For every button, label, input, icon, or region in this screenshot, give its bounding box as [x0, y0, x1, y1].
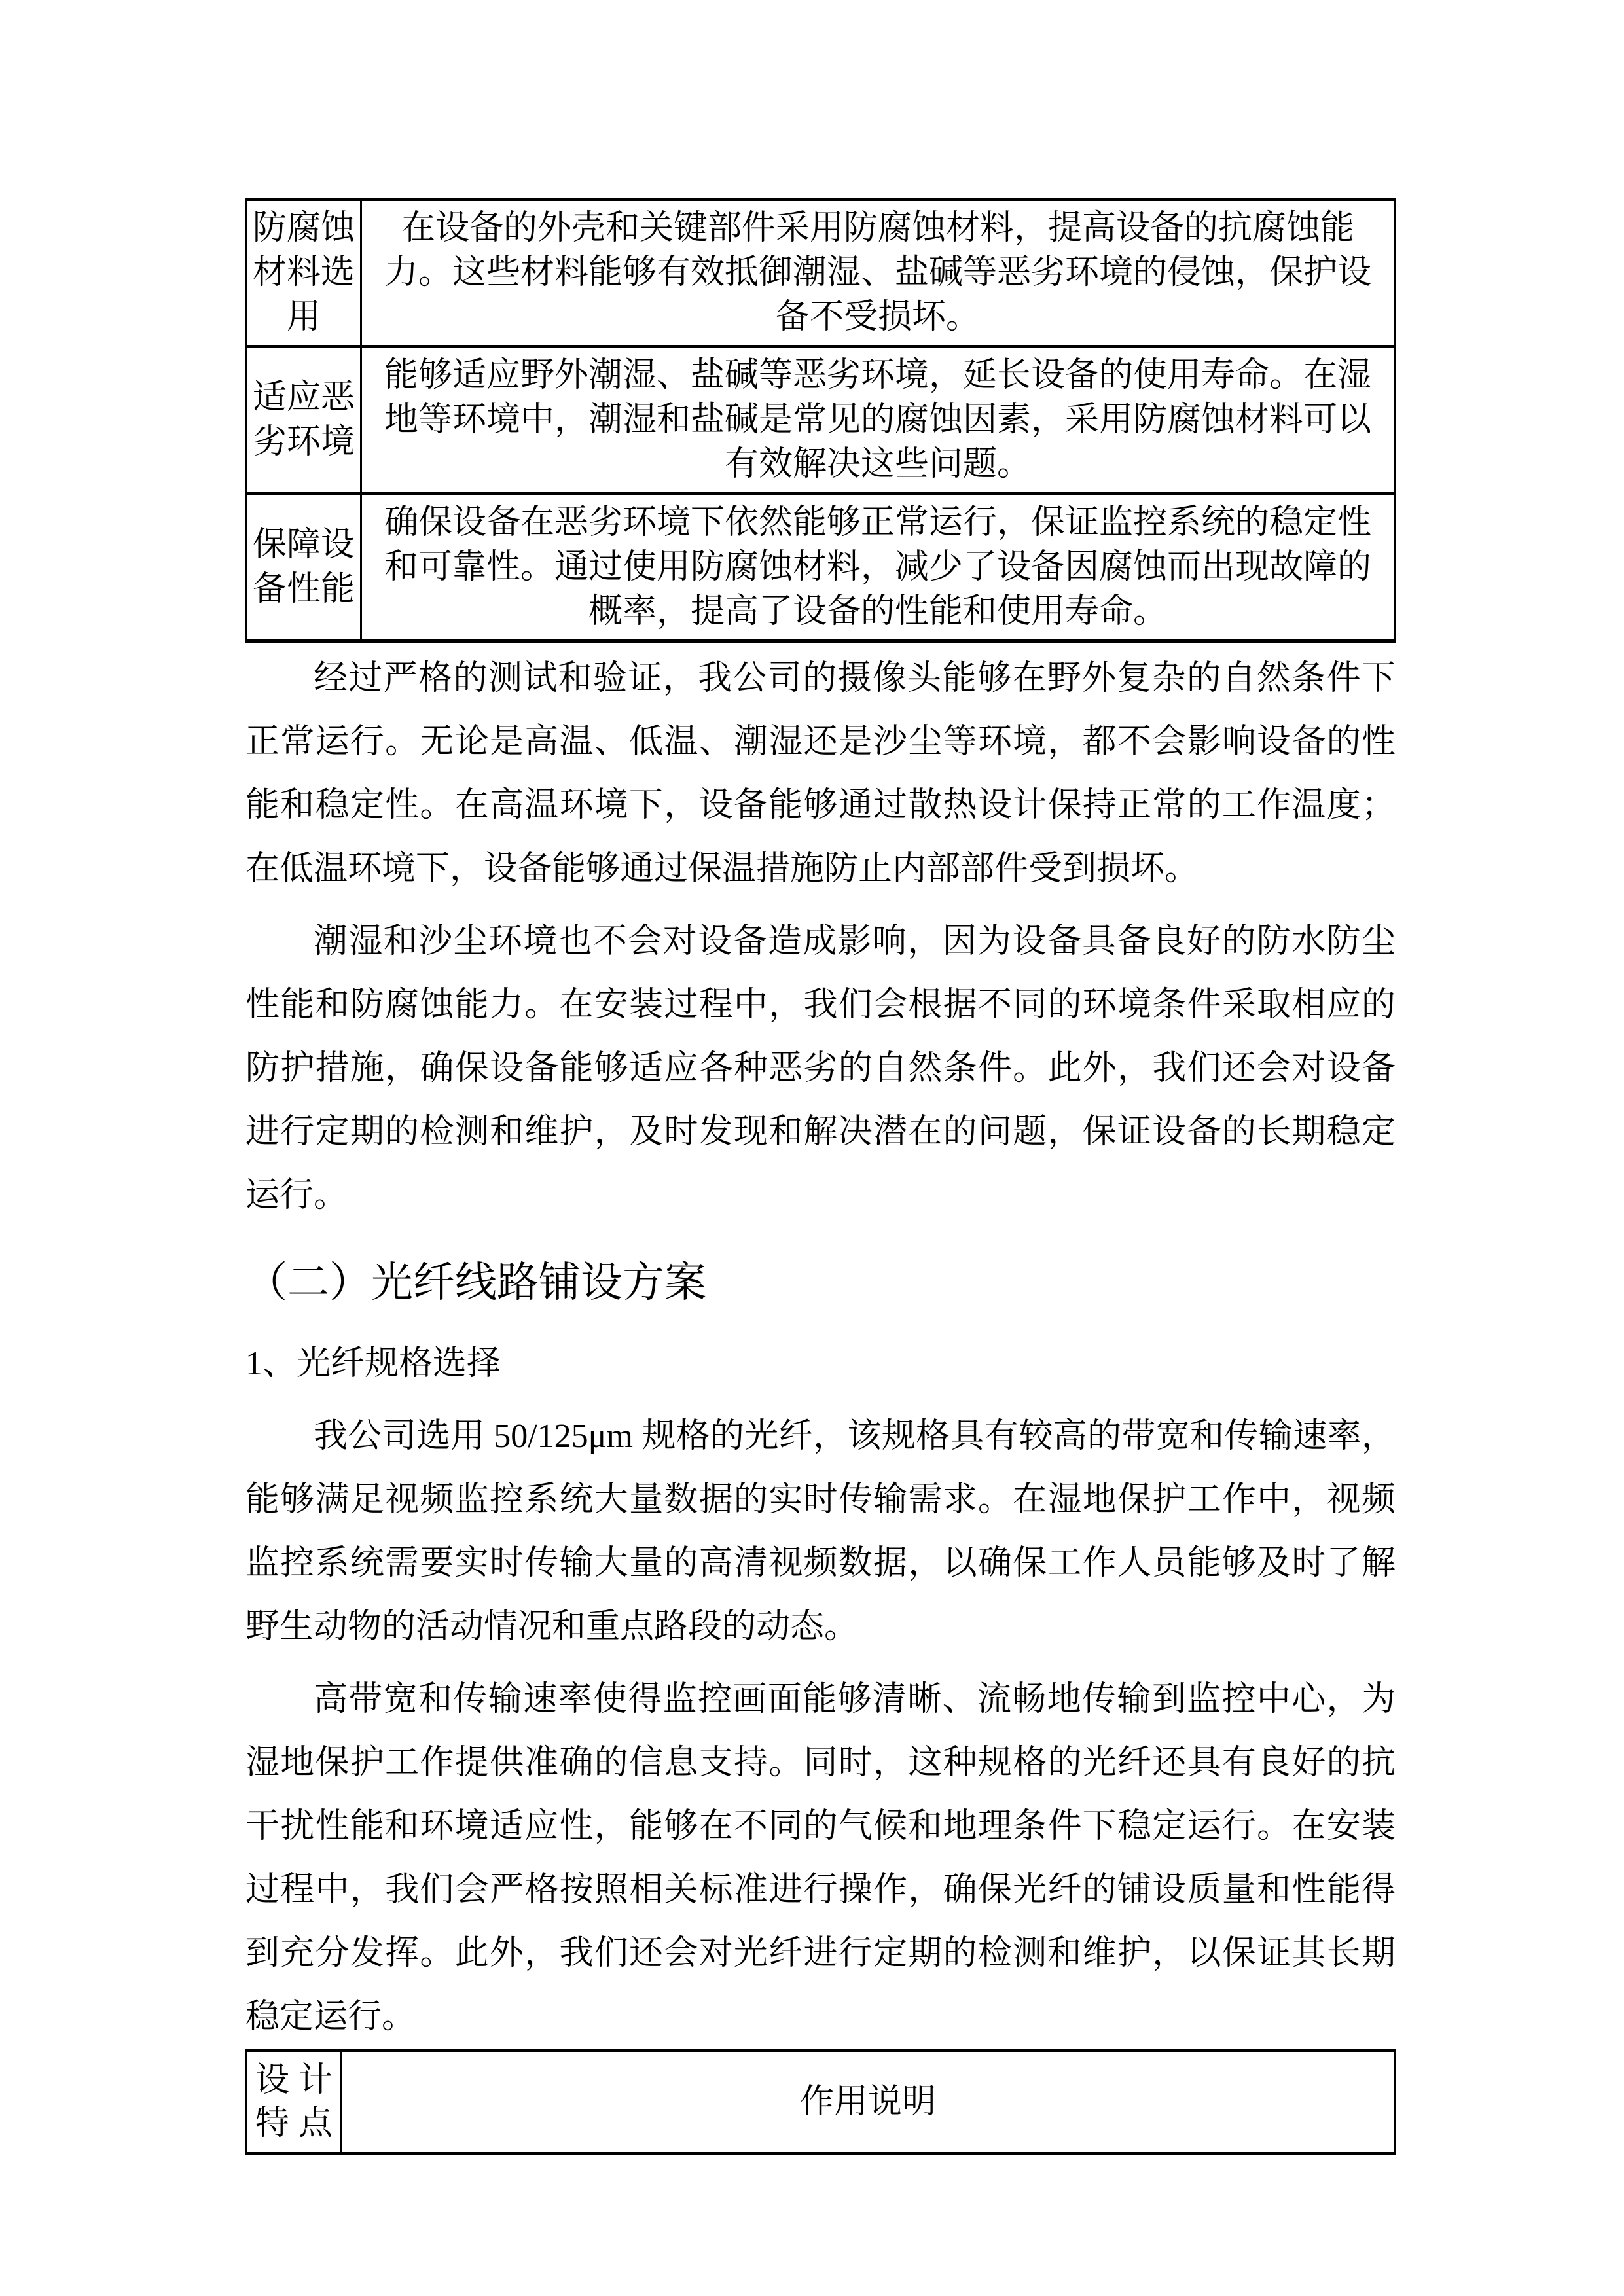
corrosion-protection-table: 防腐蚀材料选用 在设备的外壳和关键部件采用防腐蚀材料，提高设备的抗腐蚀能力。这些…: [245, 198, 1396, 643]
feature-cell: 保障设备性能: [247, 494, 361, 641]
table-row: 保障设备性能 确保设备在恶劣环境下依然能够正常运行，保证监控系统的稳定性和可靠性…: [247, 494, 1395, 641]
table-header-row: 设计特点 作用说明: [247, 2051, 1395, 2154]
description-cell: 确保设备在恶劣环境下依然能够正常运行，保证监控系统的稳定性和可靠性。通过使用防腐…: [361, 494, 1395, 641]
page-content: 防腐蚀材料选用 在设备的外壳和关键部件采用防腐蚀材料，提高设备的抗腐蚀能力。这些…: [245, 198, 1396, 2155]
paragraph: 我公司选用 50/125μm 规格的光纤，该规格具有较高的带宽和传输速率，能够满…: [245, 1405, 1396, 1659]
design-feature-header-cell: 设计特点: [247, 2051, 342, 2154]
subsection-heading: 1、光纤规格选择: [245, 1332, 1396, 1395]
description-cell: 能够适应野外潮湿、盐碱等恶劣环境，延长设备的使用寿命。在湿地等环境中，潮湿和盐碱…: [361, 347, 1395, 494]
effect-header-cell: 作用说明: [342, 2051, 1395, 2154]
feature-cell: 防腐蚀材料选用: [247, 200, 361, 347]
document-page: 防腐蚀材料选用 在设备的外壳和关键部件采用防腐蚀材料，提高设备的抗腐蚀能力。这些…: [0, 0, 1624, 2296]
design-features-table: 设计特点 作用说明: [245, 2049, 1396, 2155]
paragraph: 潮湿和沙尘环境也不会对设备造成影响，因为设备具备良好的防水防尘性能和防腐蚀能力。…: [245, 910, 1396, 1227]
feature-cell: 适应恶劣环境: [247, 347, 361, 494]
section-heading: （二）光纤线路铺设方案: [245, 1253, 1396, 1312]
table-row: 适应恶劣环境 能够适应野外潮湿、盐碱等恶劣环境，延长设备的使用寿命。在湿地等环境…: [247, 347, 1395, 494]
paragraph: 高带宽和传输速率使得监控画面能够清晰、流畅地传输到监控中心，为湿地保护工作提供准…: [245, 1668, 1396, 2049]
table-row: 防腐蚀材料选用 在设备的外壳和关键部件采用防腐蚀材料，提高设备的抗腐蚀能力。这些…: [247, 200, 1395, 347]
description-cell: 在设备的外壳和关键部件采用防腐蚀材料，提高设备的抗腐蚀能力。这些材料能够有效抵御…: [361, 200, 1395, 347]
paragraph: 经过严格的测试和验证，我公司的摄像头能够在野外复杂的自然条件下正常运行。无论是高…: [245, 647, 1396, 901]
